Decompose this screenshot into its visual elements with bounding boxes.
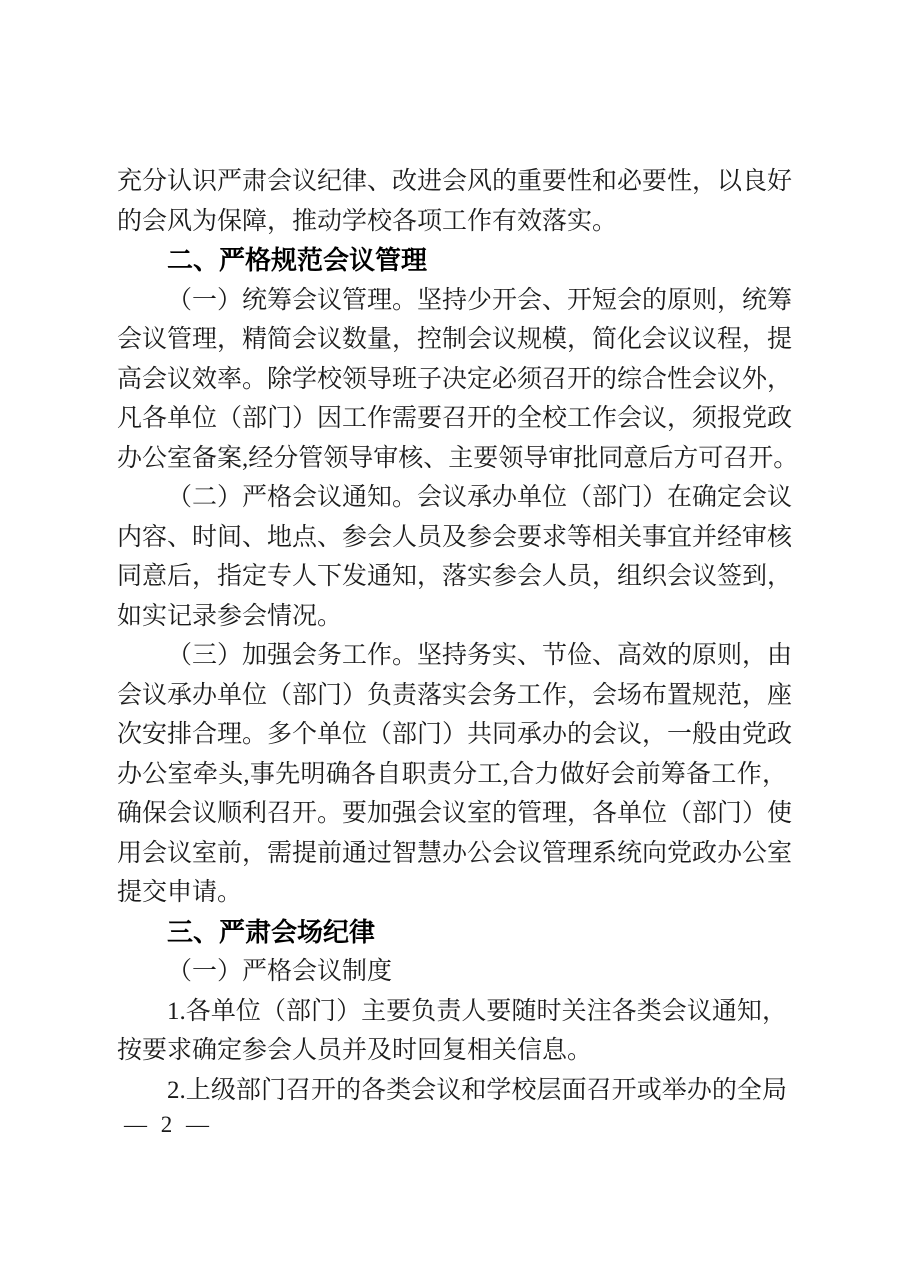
text-line: 办公室牵头,事先明确各自职责分工,合力做好会前筹备工作， xyxy=(117,755,787,795)
text-line: 确保会议顺利召开。要加强会议室的管理，各单位（部门）使 xyxy=(117,794,787,834)
section-heading: 三、严肃会场纪律 xyxy=(117,913,787,953)
text-line: 高会议效率。除学校领导班子决定必须召开的综合性会议外， xyxy=(117,360,787,400)
text-line: 同意后，指定专人下发通知，落实参会人员，组织会议签到， xyxy=(117,557,787,597)
text-line: 提交申请。 xyxy=(117,873,787,913)
document-page: 充分认识严肃会议纪律、改进会风的重要性和必要性，以良好 的会风为保障，推动学校各… xyxy=(0,0,900,1272)
text-line: （一）统筹会议管理。坚持少开会、开短会的原则，统筹 xyxy=(117,281,787,321)
page-number: — 2 — xyxy=(124,1108,213,1142)
text-line-body: 坚持少开会、开短会的原则，统筹 xyxy=(417,287,792,314)
text-line: 内容、时间、地点、参会人员及参会要求等相关事宜并经审核 xyxy=(117,518,787,558)
text-line: 2.上级部门召开的各类会议和学校层面召开或举办的全局 xyxy=(117,1071,787,1111)
clause-lead: （三）加强会务工作。 xyxy=(167,642,417,669)
text-line-body: 坚持务实、节俭、高效的原则，由 xyxy=(417,642,792,669)
text-line: （二）严格会议通知。会议承办单位（部门）在确定会议 xyxy=(117,478,787,518)
text-line: （三）加强会务工作。坚持务实、节俭、高效的原则，由 xyxy=(117,636,787,676)
text-line: 会议承办单位（部门）负责落实会务工作，会场布置规范，座 xyxy=(117,676,787,716)
text-line: 用会议室前，需提前通过智慧办公会议管理系统向党政办公室 xyxy=(117,834,787,874)
document-body: 充分认识严肃会议纪律、改进会风的重要性和必要性，以良好 的会风为保障，推动学校各… xyxy=(117,162,787,1110)
text-line: 次安排合理。多个单位（部门）共同承办的会议，一般由党政 xyxy=(117,715,787,755)
text-line: 会议管理，精简会议数量，控制会议规模，简化会议议程，提 xyxy=(117,320,787,360)
clause-lead: （二）严格会议通知。 xyxy=(167,484,417,511)
clause-lead: （一）统筹会议管理。 xyxy=(167,287,417,314)
text-line: 办公室备案,经分管领导审核、主要领导审批同意后方可召开。 xyxy=(117,439,787,479)
subsection-heading: （一）严格会议制度 xyxy=(117,952,787,992)
section-heading: 二、严格规范会议管理 xyxy=(117,241,787,281)
text-line: 如实记录参会情况。 xyxy=(117,597,787,637)
text-line: 充分认识严肃会议纪律、改进会风的重要性和必要性，以良好 xyxy=(117,162,787,202)
text-line: 1.各单位（部门）主要负责人要随时关注各类会议通知， xyxy=(117,992,787,1032)
text-line: 按要求确定参会人员并及时回复相关信息。 xyxy=(117,1031,787,1071)
text-line-body: 会议承办单位（部门）在确定会议 xyxy=(417,484,792,511)
text-line: 凡各单位（部门）因工作需要召开的全校工作会议，须报党政 xyxy=(117,399,787,439)
text-line: 的会风为保障，推动学校各项工作有效落实。 xyxy=(117,202,787,242)
